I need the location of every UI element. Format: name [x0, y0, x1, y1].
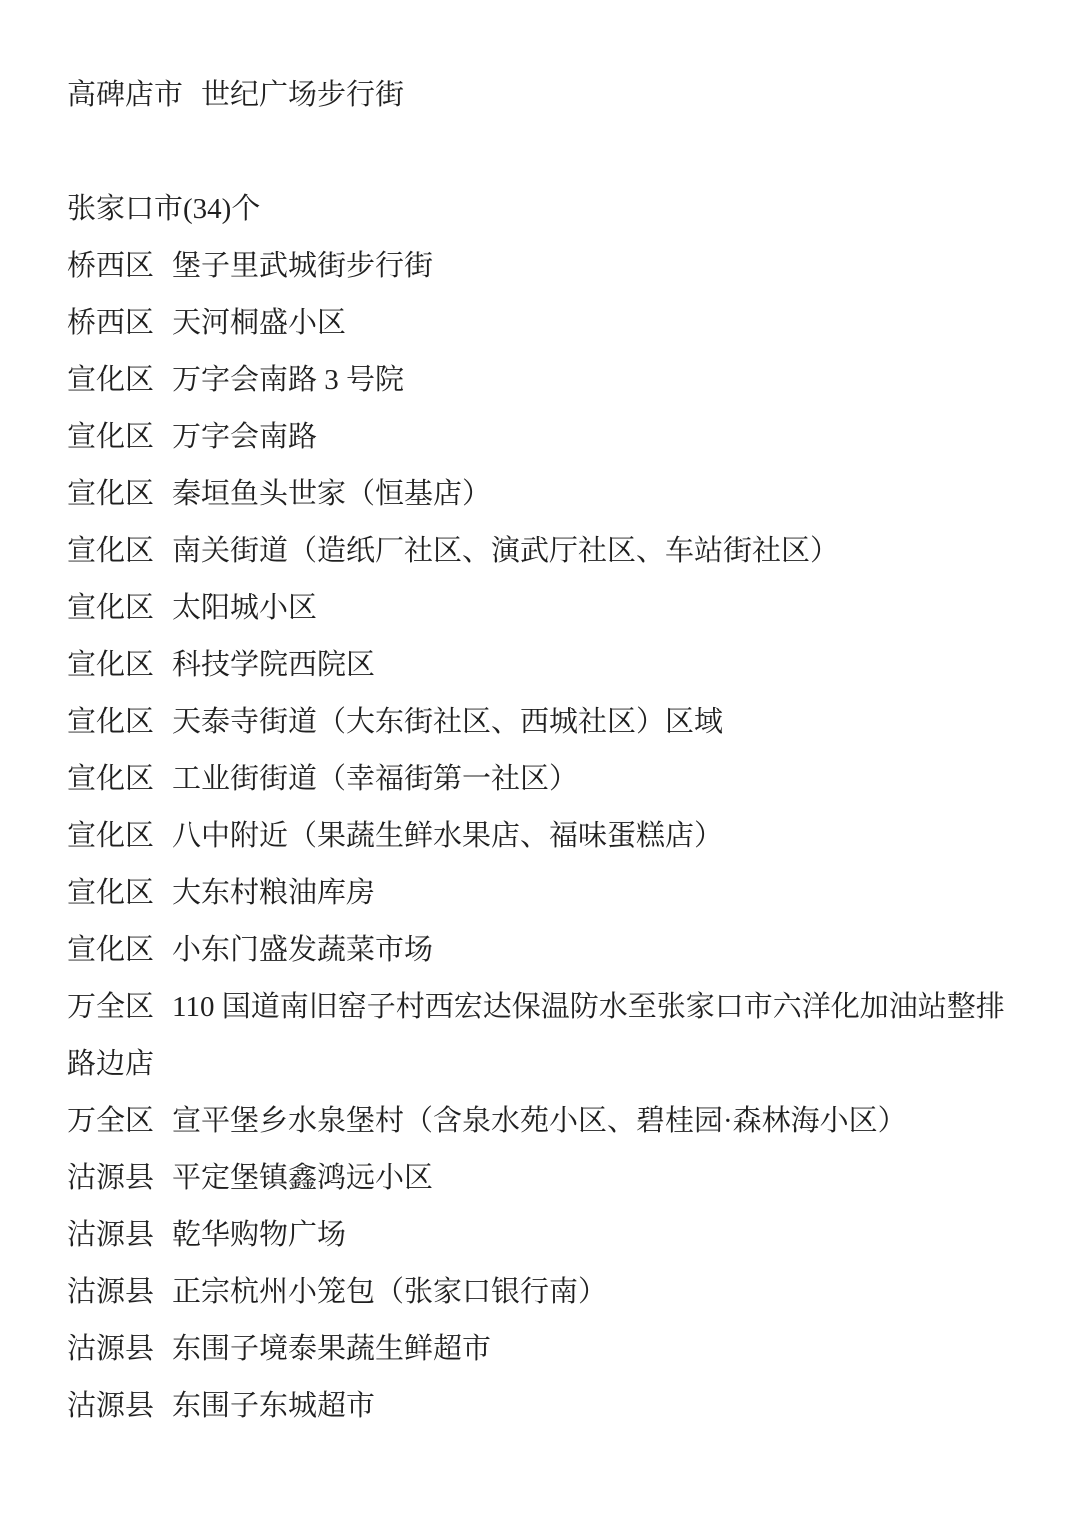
district-label: 宣化区 — [67, 364, 154, 396]
location-label: 天河桐盛小区 — [172, 307, 346, 339]
document-page: 高碑店市世纪广场步行街 张家口市(34)个 桥西区堡子里武城街步行街 桥西区天河… — [0, 0, 1080, 1528]
location-label: 堡子里武城街步行街 — [172, 250, 433, 282]
section-header: 张家口市(34)个 — [67, 181, 1017, 238]
blank-line — [67, 124, 1017, 181]
list-item: 桥西区堡子里武城街步行街 — [67, 238, 1017, 295]
location-label: 秦垣鱼头世家（恒基店） — [172, 478, 491, 510]
list-item: 宣化区工业街街道（幸福街第一社区） — [67, 751, 1017, 808]
district-label: 宣化区 — [67, 877, 154, 909]
district-label: 沽源县 — [67, 1390, 154, 1422]
location-label: 南关街道（造纸厂社区、演武厅社区、车站街社区） — [172, 535, 839, 567]
list-item: 宣化区太阳城小区 — [67, 580, 1017, 637]
district-label: 沽源县 — [67, 1333, 154, 1365]
district-label: 桥西区 — [67, 307, 154, 339]
list-item: 桥西区天河桐盛小区 — [67, 295, 1017, 352]
location-label: 八中附近（果蔬生鲜水果店、福味蛋糕店） — [172, 820, 723, 852]
list-item: 沽源县乾华购物广场 — [67, 1207, 1017, 1264]
district-label: 沽源县 — [67, 1162, 154, 1194]
location-label: 万字会南路 — [172, 421, 317, 453]
list-item: 宣化区天泰寺街道（大东街社区、西城社区）区域 — [67, 694, 1017, 751]
location-label: 天泰寺街道（大东街社区、西城社区）区域 — [172, 706, 723, 738]
list-item: 宣化区秦垣鱼头世家（恒基店） — [67, 466, 1017, 523]
district-label: 桥西区 — [67, 250, 154, 282]
list-item: 万全区110 国道南旧窑子村西宏达保温防水至张家口市六洋化加油站整排路边店 — [67, 979, 1017, 1093]
location-label: 宣平堡乡水泉堡村（含泉水苑小区、碧桂园·森林海小区） — [172, 1105, 907, 1137]
list-item: 宣化区科技学院西院区 — [67, 637, 1017, 694]
district-label: 万全区 — [67, 991, 154, 1023]
list-item: 宣化区大东村粮油库房 — [67, 865, 1017, 922]
list-item: 沽源县东围子东城超市 — [67, 1378, 1017, 1435]
location-label: 科技学院西院区 — [172, 649, 375, 681]
location-label: 乾华购物广场 — [172, 1219, 346, 1251]
district-label: 高碑店市 — [67, 79, 183, 111]
list-item: 宣化区万字会南路 — [67, 409, 1017, 466]
location-label: 东围子东城超市 — [172, 1390, 375, 1422]
intro-line: 高碑店市世纪广场步行街 — [67, 67, 1017, 124]
district-label: 宣化区 — [67, 763, 154, 795]
location-label: 大东村粮油库房 — [172, 877, 375, 909]
district-label: 宣化区 — [67, 592, 154, 624]
location-label: 小东门盛发蔬菜市场 — [172, 934, 433, 966]
location-label: 太阳城小区 — [172, 592, 317, 624]
location-label: 平定堡镇鑫鸿远小区 — [172, 1162, 433, 1194]
location-label: 110 国道南旧窑子村西宏达保温防水至张家口市六洋化加油站整排路边店 — [67, 991, 1005, 1080]
district-label: 宣化区 — [67, 535, 154, 567]
district-label: 宣化区 — [67, 649, 154, 681]
list-item: 沽源县东围子境泰果蔬生鲜超市 — [67, 1321, 1017, 1378]
list-item: 沽源县平定堡镇鑫鸿远小区 — [67, 1150, 1017, 1207]
list-item: 沽源县正宗杭州小笼包（张家口银行南） — [67, 1264, 1017, 1321]
entry-list: 桥西区堡子里武城街步行街 桥西区天河桐盛小区 宣化区万字会南路 3 号院 宣化区… — [67, 238, 1017, 1435]
district-label: 万全区 — [67, 1105, 154, 1137]
location-label: 东围子境泰果蔬生鲜超市 — [172, 1333, 491, 1365]
document-content: 高碑店市世纪广场步行街 张家口市(34)个 桥西区堡子里武城街步行街 桥西区天河… — [67, 67, 1017, 1435]
location-label: 万字会南路 3 号院 — [172, 364, 404, 396]
list-item: 宣化区八中附近（果蔬生鲜水果店、福味蛋糕店） — [67, 808, 1017, 865]
district-label: 宣化区 — [67, 478, 154, 510]
list-item: 宣化区小东门盛发蔬菜市场 — [67, 922, 1017, 979]
list-item: 万全区宣平堡乡水泉堡村（含泉水苑小区、碧桂园·森林海小区） — [67, 1093, 1017, 1150]
district-label: 宣化区 — [67, 820, 154, 852]
district-label: 沽源县 — [67, 1219, 154, 1251]
list-item: 宣化区万字会南路 3 号院 — [67, 352, 1017, 409]
location-label: 世纪广场步行街 — [201, 79, 404, 111]
district-label: 宣化区 — [67, 706, 154, 738]
district-label: 宣化区 — [67, 934, 154, 966]
district-label: 沽源县 — [67, 1276, 154, 1308]
location-label: 正宗杭州小笼包（张家口银行南） — [172, 1276, 607, 1308]
location-label: 工业街街道（幸福街第一社区） — [172, 763, 578, 795]
district-label: 宣化区 — [67, 421, 154, 453]
list-item: 宣化区南关街道（造纸厂社区、演武厅社区、车站街社区） — [67, 523, 1017, 580]
